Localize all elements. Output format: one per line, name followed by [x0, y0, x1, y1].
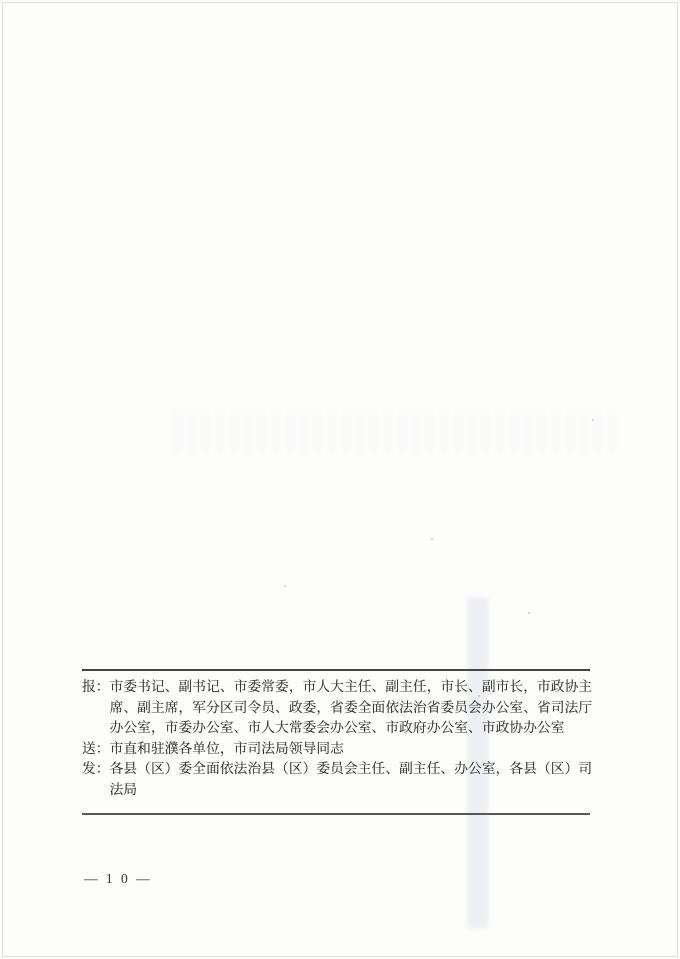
page-number: — 1 0 —	[84, 871, 152, 887]
colophon-line: 席、副主席，军分区司令员、政委，省委全面依法治省委员会办公室、省司法厅	[110, 698, 590, 719]
bleed-through-smudge	[175, 408, 615, 454]
colophon-top-rule	[82, 669, 590, 671]
issue-to-lines: 各县（区）委全面依法治县（区）委员会主任、副主任、办公室，各县（区）司 法局	[110, 759, 590, 800]
colophon: 报： 市委书记、副书记、市委常委，市人大主任、副主任，市长、副市长，市政协主 席…	[82, 669, 590, 800]
scan-noise-speck	[528, 612, 530, 614]
copy-to-label: 送：	[82, 739, 110, 760]
report-to-entry: 报： 市委书记、副书记、市委常委，市人大主任、副主任，市长、副市长，市政协主 席…	[82, 677, 590, 739]
colophon-line: 市直和驻濮各单位，市司法局领导同志	[110, 739, 590, 760]
colophon-line: 市委书记、副书记、市委常委，市人大主任、副主任，市长、副市长，市政协主	[110, 677, 590, 698]
colophon-line: 办公室，市委办公室、市人大常委会办公室、市政府办公室、市政协办公室	[110, 718, 590, 739]
scan-noise-speck	[284, 585, 286, 587]
scan-noise-speck	[431, 538, 433, 540]
distribution-list: 报： 市委书记、副书记、市委常委，市人大主任、副主任，市长、副市长，市政协主 席…	[82, 677, 590, 800]
report-to-lines: 市委书记、副书记、市委常委，市人大主任、副主任，市长、副市长，市政协主 席、副主…	[110, 677, 590, 739]
document-page: 报： 市委书记、副书记、市委常委，市人大主任、副主任，市长、副市长，市政协主 席…	[0, 0, 680, 959]
scan-noise-speck	[592, 419, 594, 421]
report-to-label: 报：	[82, 677, 110, 698]
colophon-bottom-rule	[82, 813, 590, 815]
colophon-line: 法局	[110, 780, 590, 801]
issue-to-entry: 发： 各县（区）委全面依法治县（区）委员会主任、副主任、办公室，各县（区）司 法…	[82, 759, 590, 800]
issue-to-label: 发：	[82, 759, 110, 780]
copy-to-lines: 市直和驻濮各单位，市司法局领导同志	[110, 739, 590, 760]
colophon-line: 各县（区）委全面依法治县（区）委员会主任、副主任、办公室，各县（区）司	[110, 759, 590, 780]
copy-to-entry: 送： 市直和驻濮各单位，市司法局领导同志	[82, 739, 590, 760]
